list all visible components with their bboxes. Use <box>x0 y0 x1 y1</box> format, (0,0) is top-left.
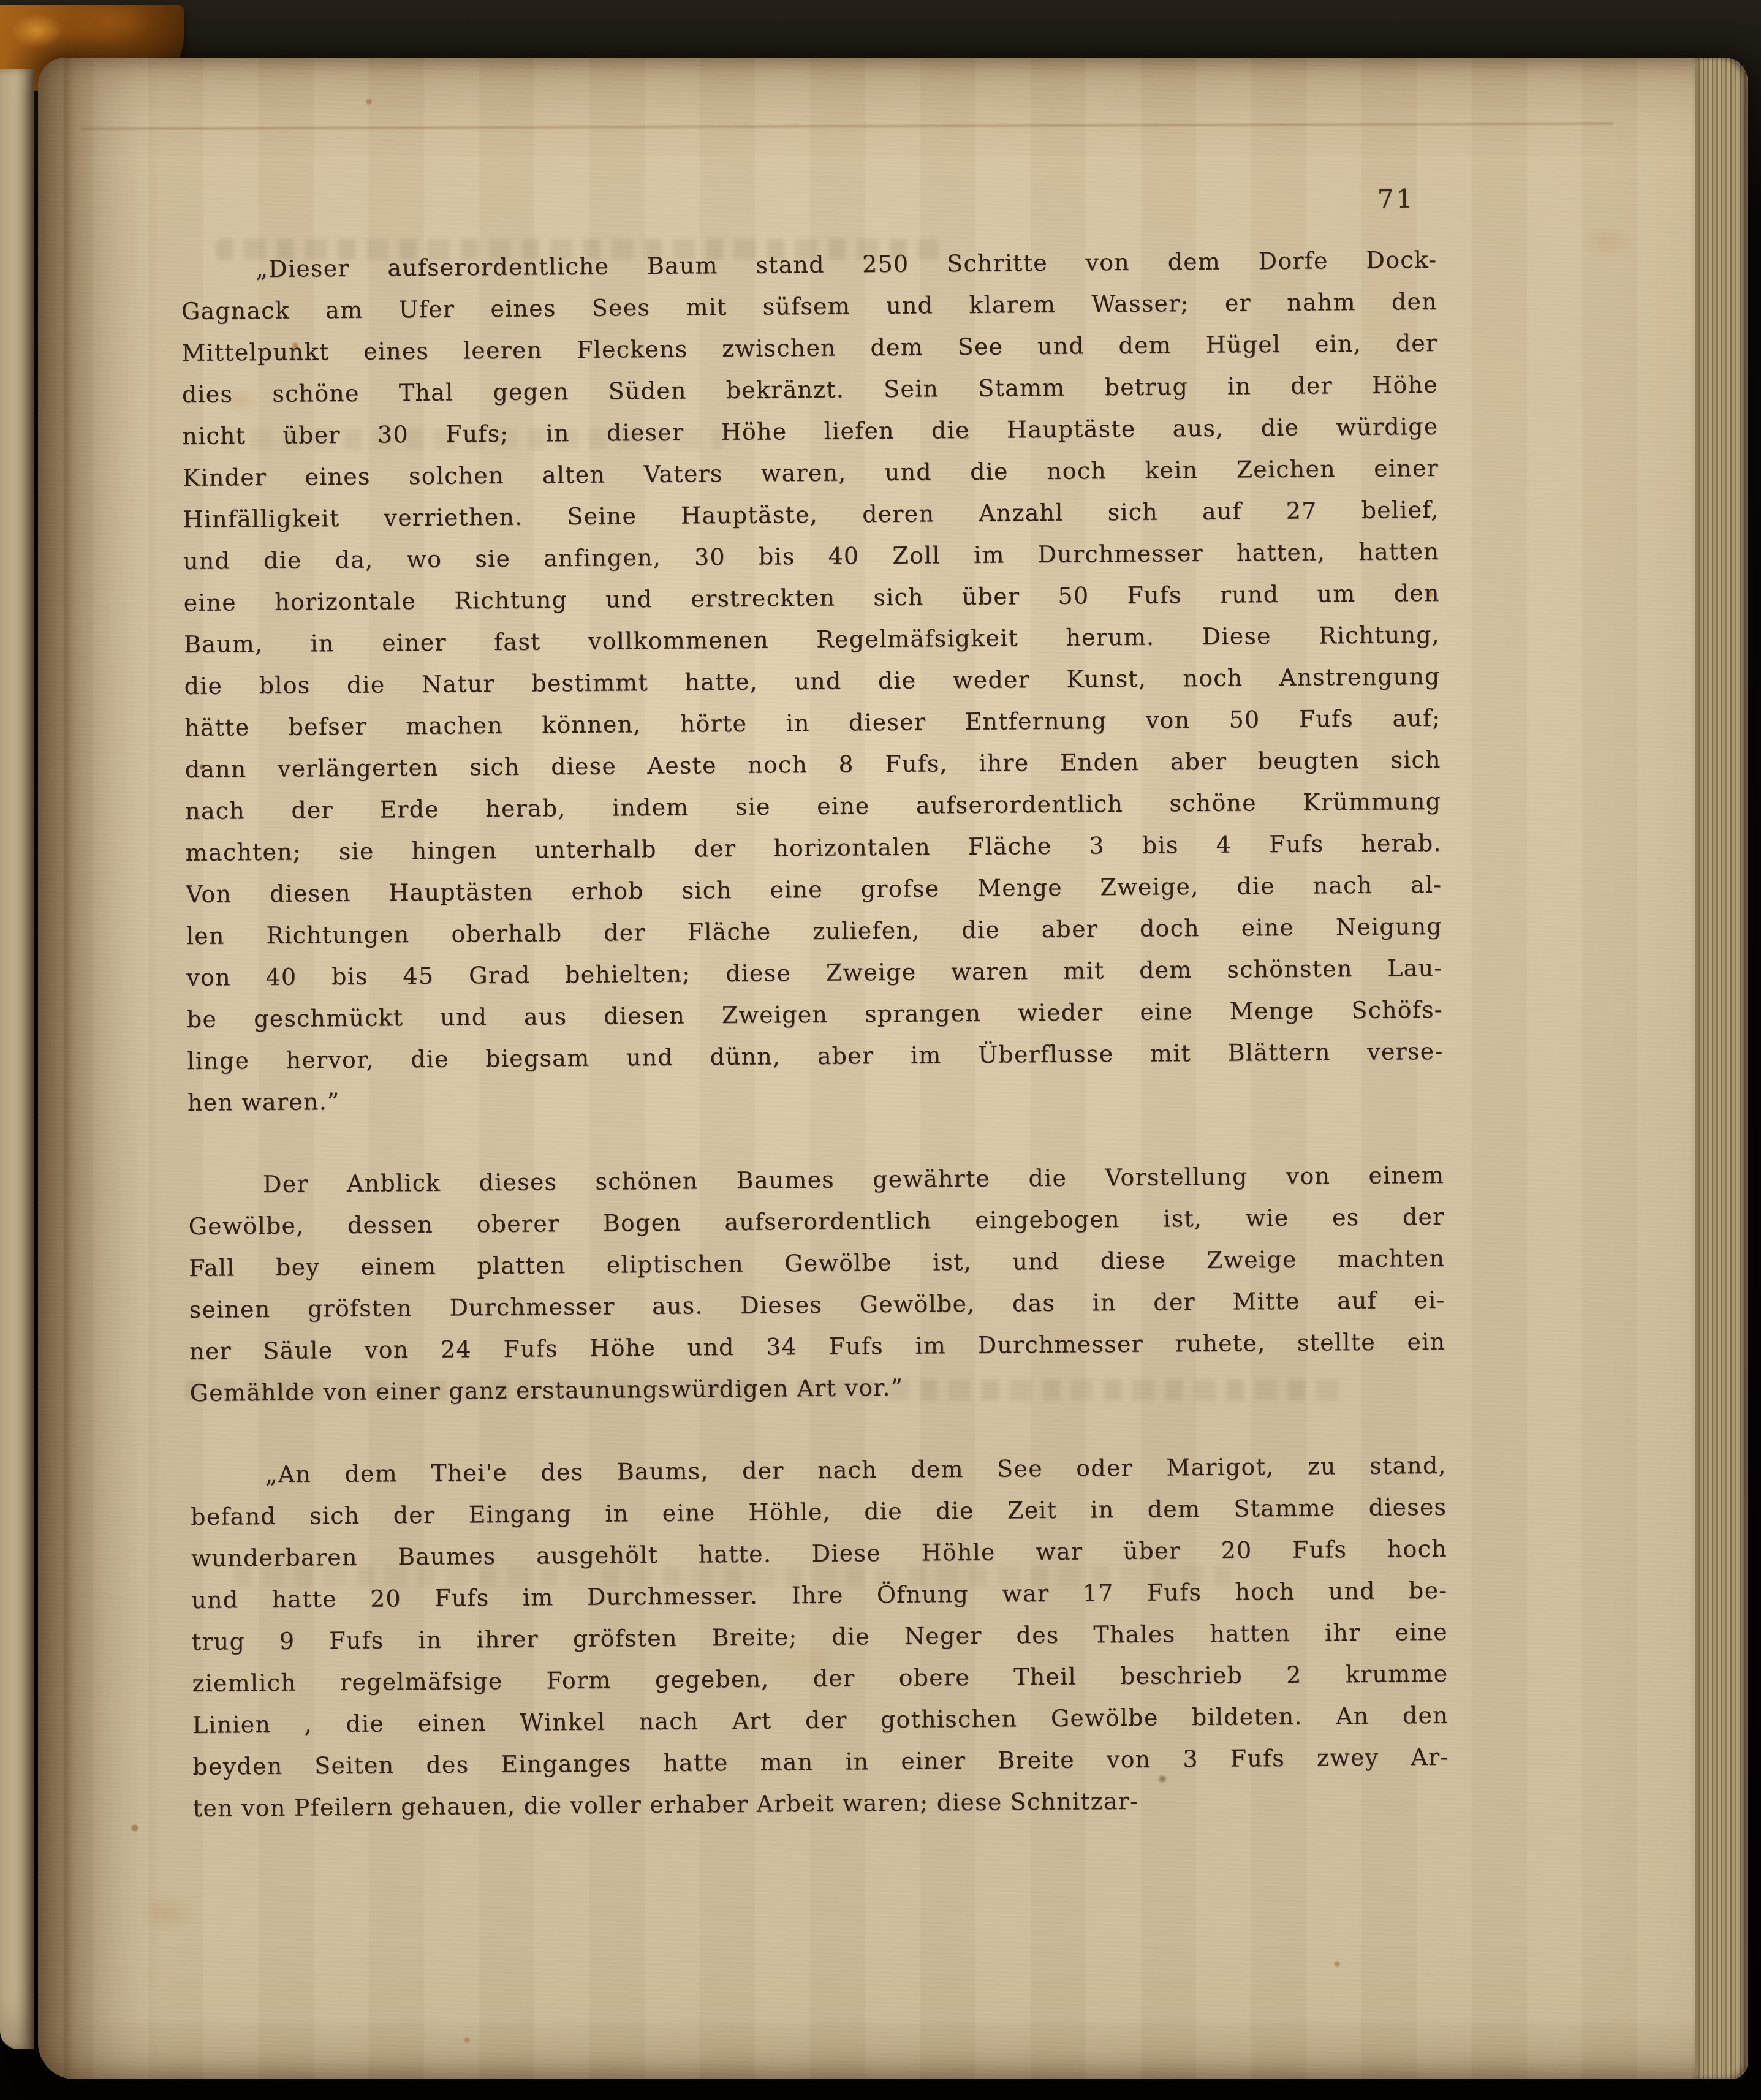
book-page: 71 „Dieser aufserordentliche Baum stand … <box>38 58 1748 2079</box>
paragraph-1: „Dieser aufserordentliche Baum stand 250… <box>181 239 1444 1124</box>
previous-page-edge <box>0 69 34 2049</box>
book-scan-scene: 71 „Dieser aufserordentliche Baum stand … <box>0 0 1761 2100</box>
text-block: „Dieser aufserordentliche Baum stand 250… <box>181 239 1449 1829</box>
paragraph-3: „An dem Thei'e des Baums, der nach dem S… <box>190 1445 1449 1829</box>
paragraph-2: Der Anblick dieses schönen Baumes gewähr… <box>188 1154 1446 1414</box>
page-fore-edge <box>1695 58 1748 2079</box>
page-number: 71 <box>1377 183 1415 214</box>
paper-crease <box>81 121 1613 132</box>
